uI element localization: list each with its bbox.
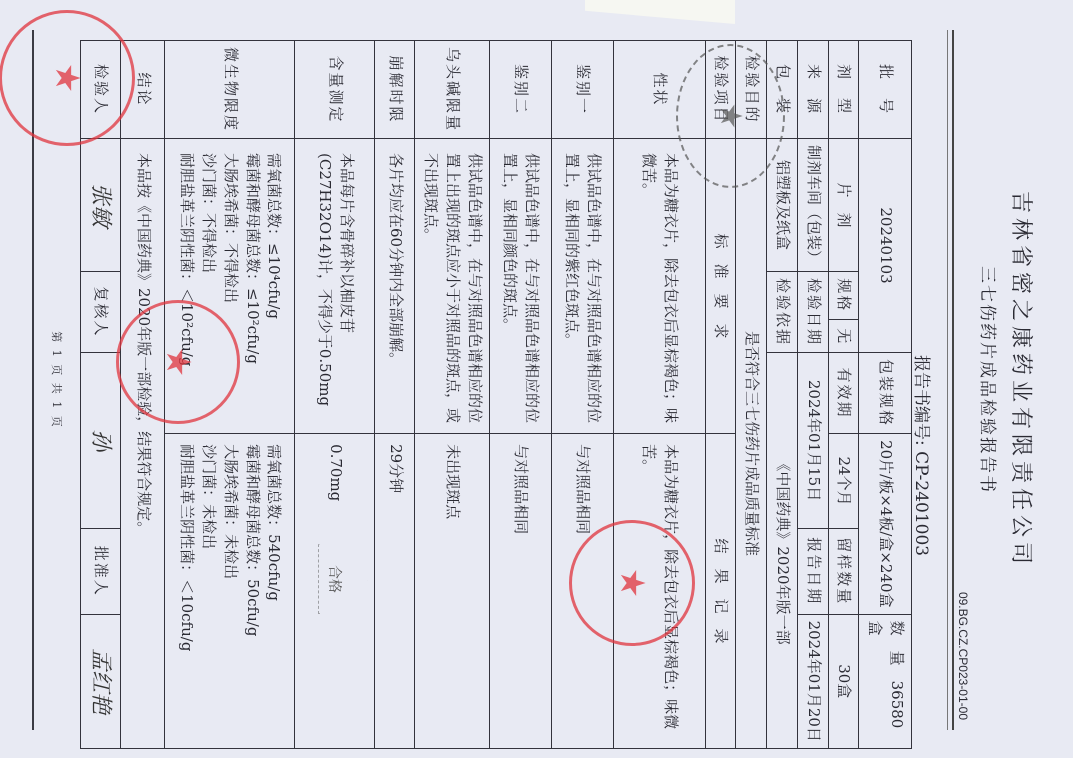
content-result-value: 0.70mg [327, 444, 345, 501]
reviewer-label: 复核人 [80, 272, 121, 353]
row-batch: 批 号 20240103 包装规格 20片/板×4板/盒×240盒 数 量 36… [859, 41, 912, 749]
spec-value: 无 [828, 319, 859, 353]
item-standard: 供试品色谱中，在与对照品色谱相应的位置上出现的斑点应小于对照品的斑点，或不出现斑… [415, 139, 489, 434]
item-standard: 本品每片含骨碎补以柚皮苷(C27H32O14)计，不得少于0.50mg [295, 139, 375, 434]
item-row: 崩解时限 各片均应在60分钟内全部崩解。 29分钟 [375, 41, 415, 749]
basis-label: 检验依据 [767, 272, 798, 353]
retain-value: 30盒 [828, 614, 859, 748]
basis-value: 《中国药典》2020年版一部 [767, 353, 798, 749]
report-number-label: 报告书编号: [911, 355, 931, 446]
header-rule-thin [947, 30, 948, 730]
report-number: 报告书编号: CP-2401003 [911, 355, 936, 556]
spec-label: 规格 [828, 272, 859, 319]
dosage-value: 片 剂 [828, 139, 859, 272]
result-line: 大肠埃希菌：未检出 [219, 444, 241, 742]
item-standard: 供试品色谱中，在与对照品色谱相应的位置上，显相同颜色的斑点。 [489, 139, 551, 434]
quantity-label: 数 量 [888, 621, 906, 666]
batch-value: 20240103 [859, 139, 912, 353]
report-number-value: CP-2401003 [911, 451, 931, 556]
pack-spec-value: 20片/板×4板/盒×240盒 [859, 434, 912, 615]
source-value: 制剂车间（包装） [798, 139, 829, 272]
company-name: 吉林省密之康药业有限责任公司 [1007, 30, 1038, 730]
company-seal-stamp-microbe: ★ [116, 300, 240, 424]
item-result: 与对照品相同 [489, 434, 551, 749]
result-line: 耐胆盐革兰阴性菌：＜10cfu/g [176, 444, 198, 742]
item-row: 含量测定 本品每片含骨碎补以柚皮苷(C27H32O14)计，不得少于0.50mg… [295, 41, 375, 749]
reviewer-signature: 孙 [80, 353, 121, 529]
item-name: 鉴别二 [489, 41, 551, 139]
dosage-label: 剂 型 [828, 41, 859, 139]
test-date-label: 检验日期 [798, 272, 829, 353]
inspection-seal-stamp-gray: ★ [676, 44, 785, 188]
inspector-signature: 张敏 [80, 139, 121, 272]
item-name: 乌头碱限量 [415, 41, 489, 139]
item-row: 鉴别一 供试品色谱中，在与对照品色谱相应的位置上，显相同的紫红色斑点。 与对照品… [551, 41, 613, 749]
item-row: 鉴别二 供试品色谱中，在与对照品色谱相应的位置上，显相同颜色的斑点。 与对照品相… [489, 41, 551, 749]
column-result: 结 果 记 录 [705, 434, 736, 749]
item-standard: 本品为糖衣片，除去包衣后显棕褐色；味微苦。 [613, 139, 705, 434]
retain-label: 留样数量 [828, 529, 859, 615]
company-seal-stamp-result: ★ [569, 520, 695, 646]
item-result: 需氧菌总数：540cfu/g 霉菌和酵母菌总数：50cfu/g 大肠埃希菌：未检… [165, 434, 295, 749]
batch-label: 批 号 [859, 41, 912, 139]
item-name: 含量测定 [295, 41, 375, 139]
item-standard: 供试品色谱中，在与对照品色谱相应的位置上，显相同的紫红色斑点。 [551, 139, 613, 434]
item-name: 微生物限度 [165, 41, 295, 139]
validity-value: 24个月 [828, 434, 859, 529]
report-title: 三七伤药片成品检验报告书 [977, 30, 1002, 730]
item-result: 29分钟 [375, 434, 415, 749]
result-line: 霉菌和酵母菌总数：50cfu/g [241, 444, 263, 742]
document-code: 09.BG.CZ.CP023-01-00 [956, 592, 970, 720]
result-line: 沙门菌：未检出 [197, 444, 219, 742]
test-date-value: 2024年01月15日 [798, 353, 829, 529]
result-line: 需氧菌总数：540cfu/g [263, 444, 285, 742]
row-source: 来 源 制剂车间（包装） 检验日期 2024年01月15日 报告日期 2024年… [798, 41, 829, 749]
company-seal-stamp-signature: ★ [0, 10, 135, 146]
header-rule [952, 30, 954, 730]
standard-line: 霉菌和酵母菌总数：≤10²cfu/g [241, 153, 263, 427]
conclusion-text: 本品按《中国药典》2020年版一部检验，结果符合规定。 [121, 139, 165, 749]
quantity-cell: 数 量 36580盒 [859, 614, 912, 748]
item-result: 0.70mg 合格 [295, 434, 375, 749]
qc-pass-triangle-stamp: 合格 [319, 544, 369, 614]
report-date-value: 2024年01月20日 [798, 614, 829, 748]
approver-label: 批准人 [80, 529, 121, 615]
item-result: 未出现斑点 [415, 434, 489, 749]
item-name: 鉴别一 [551, 41, 613, 139]
pack-spec-label: 包装规格 [859, 353, 912, 434]
item-row: 乌头碱限量 供试品色谱中，在与对照品色谱相应的位置上出现的斑点应小于对照品的斑点… [415, 41, 489, 749]
item-standard: 各片均应在60分钟内全部崩解。 [375, 139, 415, 434]
report-date-label: 报告日期 [798, 529, 829, 615]
item-name: 崩解时限 [375, 41, 415, 139]
source-label: 来 源 [798, 41, 829, 139]
standard-line: 需氧菌总数：≤10⁴cfu/g [263, 153, 285, 427]
validity-label: 有效期 [828, 353, 859, 434]
row-signatures: 检验人 张敏 复核人 孙 批准人 孟红艳 [80, 41, 121, 749]
approver-signature: 孟红艳 [80, 614, 121, 748]
purpose-value: 是否符合三七伤药片成品质量标准 [736, 139, 767, 749]
report-page: 吉林省密之康药业有限责任公司 三七伤药片成品检验报告书 09.BG.CZ.CP0… [40, 30, 1040, 730]
row-dosage: 剂 型 片 剂 规格 无 有效期 24个月 留样数量 30盒 [828, 41, 859, 749]
